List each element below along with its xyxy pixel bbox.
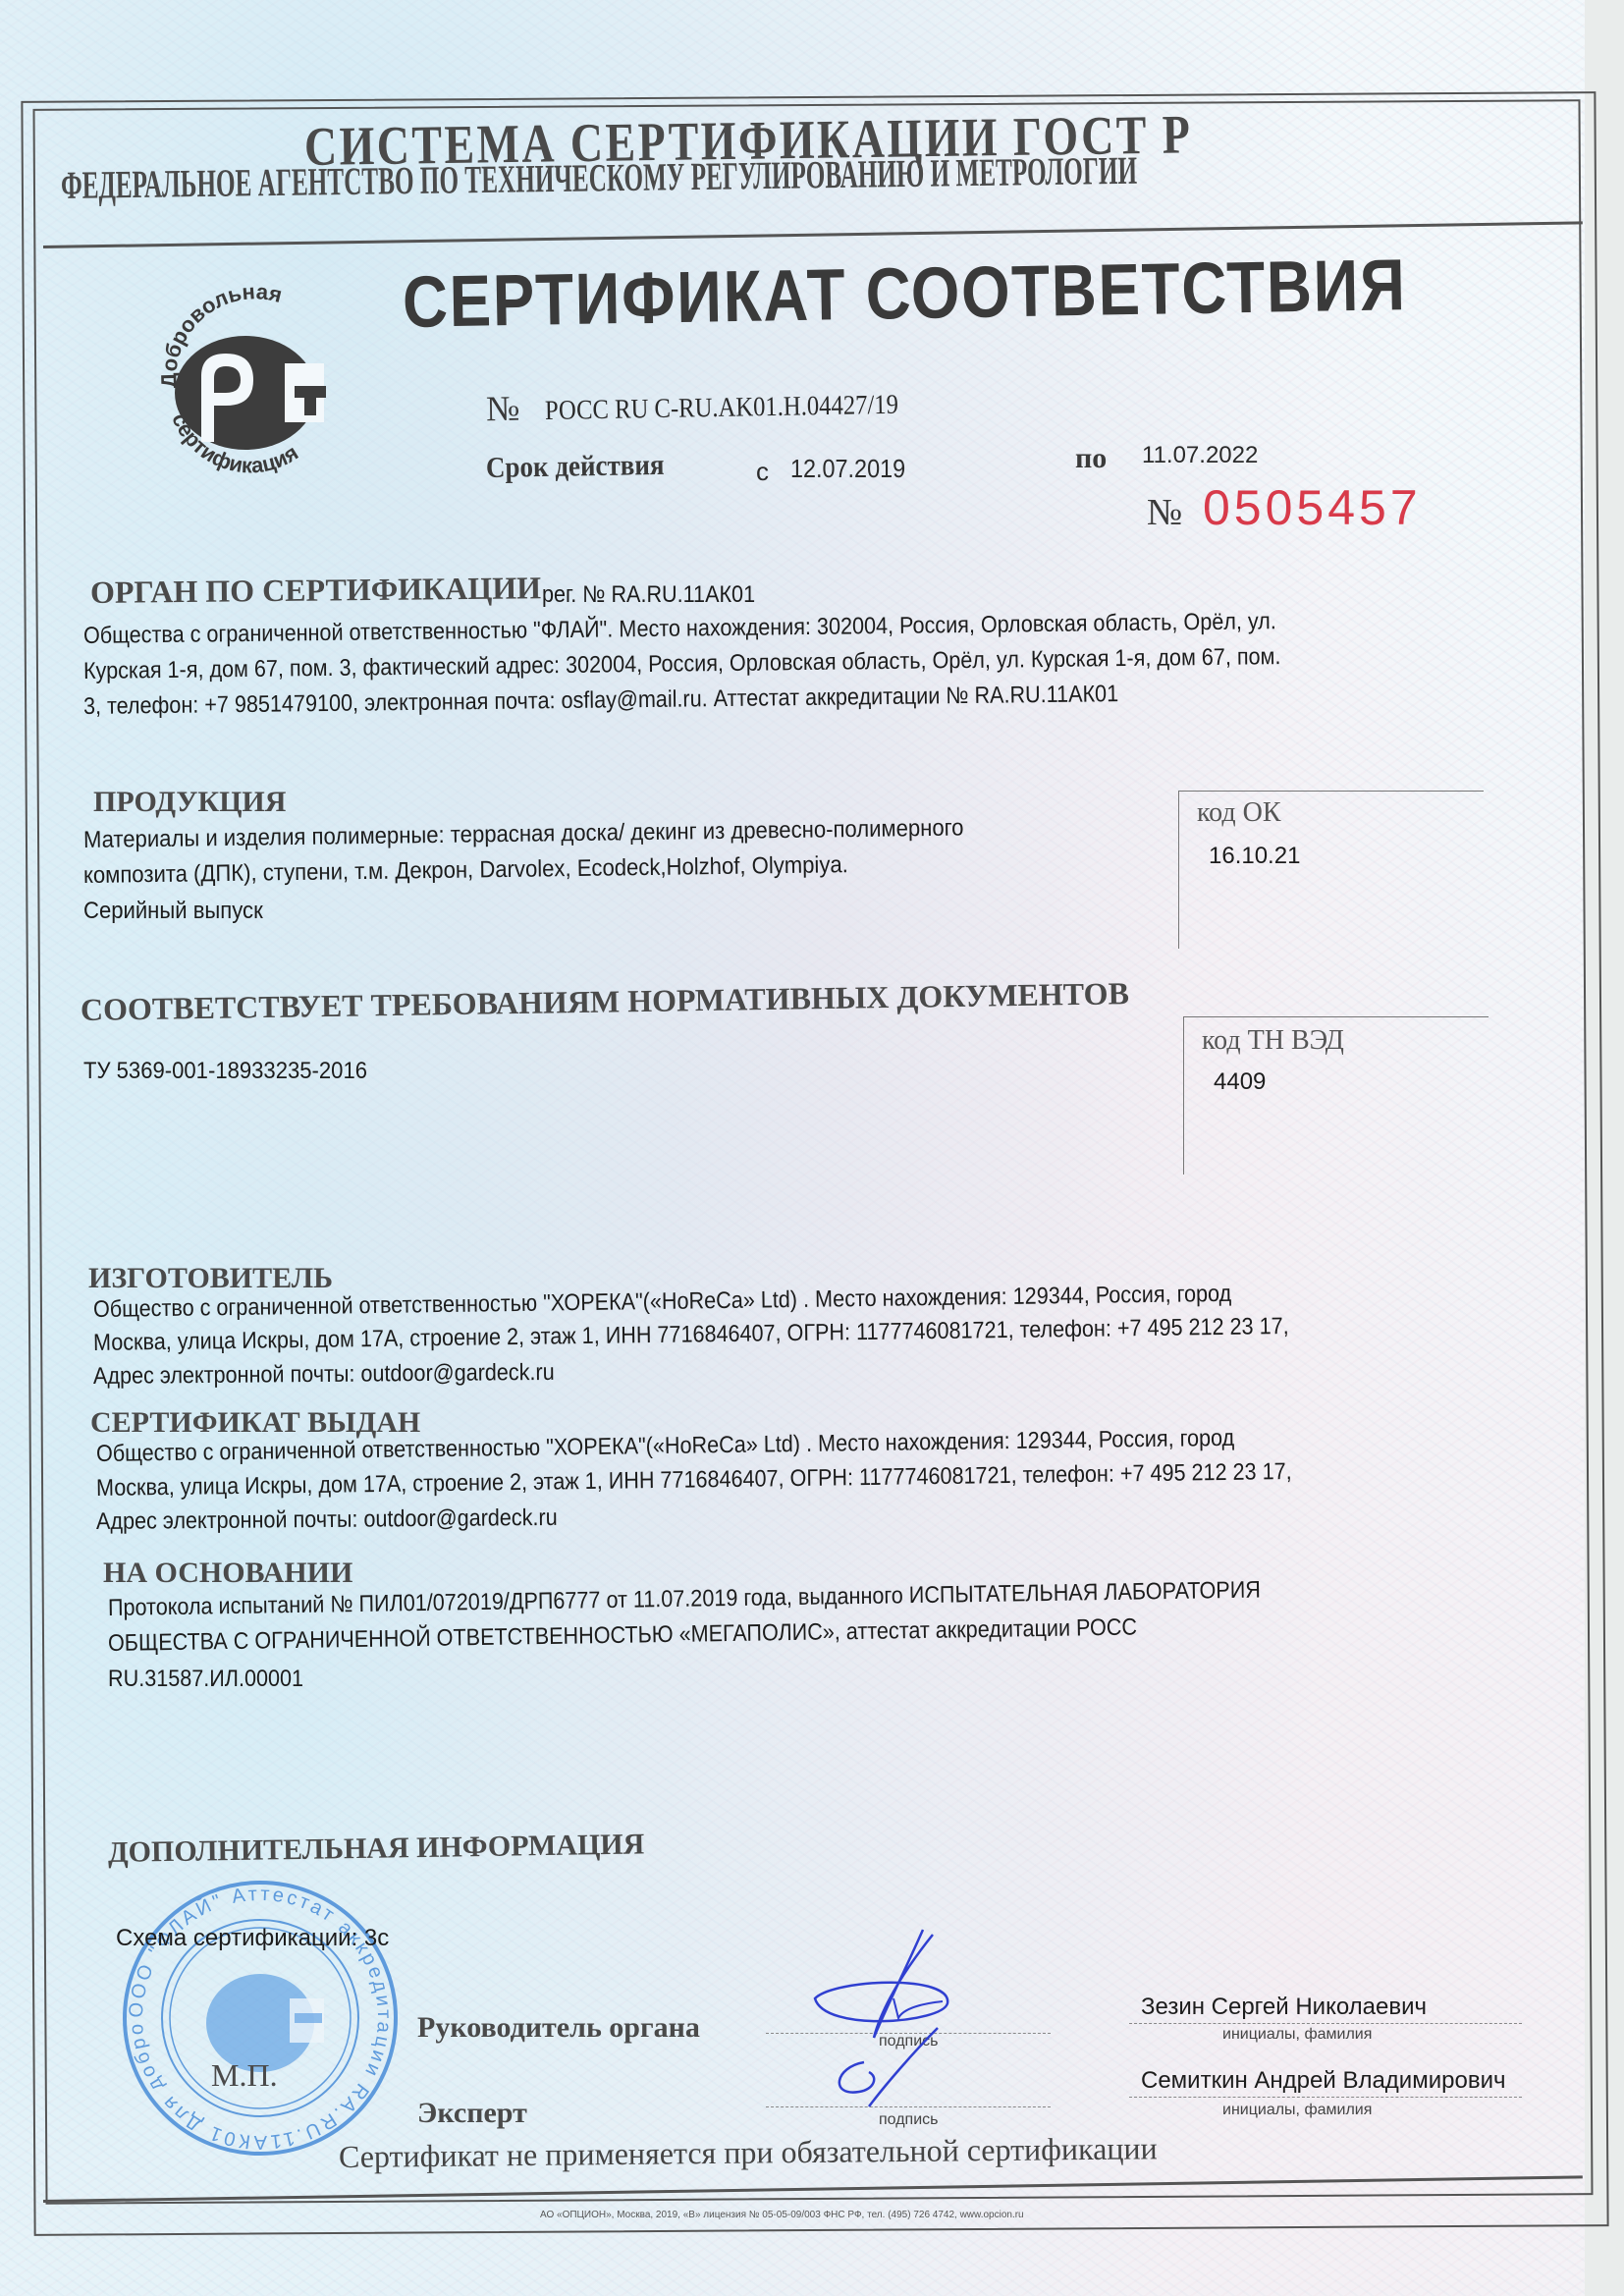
basis-line: RU.31587.ИЛ.00001 xyxy=(108,1664,303,1695)
head-name-line xyxy=(1129,2023,1522,2025)
certification-scheme: Схема сертификации: 3с xyxy=(116,1925,389,1952)
certificate-title: СЕРТИФИКАТ СООТВЕТСТВИЯ xyxy=(402,243,1407,344)
printer-info: АО «ОПЦИОН», Москва, 2019, «В» лицензия … xyxy=(540,2210,1024,2220)
ok-code-label: код ОК xyxy=(1197,797,1281,829)
head-name-caption: инициалы, фамилия xyxy=(1222,2026,1372,2044)
number-label: № xyxy=(486,388,520,430)
certificate-number: РОСС RU C-RU.AK01.H.04427/19 xyxy=(545,390,898,427)
expert-name: Семиткин Андрей Владимирович xyxy=(1141,2067,1505,2095)
head-label: Руководитель органа xyxy=(417,2011,700,2045)
valid-to-label: по xyxy=(1075,442,1107,475)
valid-from-prefix: с xyxy=(756,457,769,487)
serial-number: 0505457 xyxy=(1203,479,1422,536)
compliance-document: ТУ 5369-001-18933235-2016 xyxy=(83,1056,367,1087)
serial-label: № xyxy=(1147,491,1182,534)
tnved-code-box: код ТН ВЭД 4409 xyxy=(1183,1016,1489,1175)
issued-to-line: Адрес электронной почты: outdoor@gardeck… xyxy=(96,1503,558,1538)
head-name: Зезин Сергей Николаевич xyxy=(1141,1994,1427,2021)
ok-code-value: 16.10.21 xyxy=(1209,843,1300,870)
certification-body-heading: ОРГАН ПО СЕРТИФИКАЦИИ xyxy=(90,570,541,611)
rst-logo-icon: Добровольная сертификация xyxy=(147,280,353,486)
stamp-place-label: М.П. xyxy=(211,2057,278,2094)
valid-to: 11.07.2022 xyxy=(1142,442,1258,469)
manufacturer-heading: ИЗГОТОВИТЕЛЬ xyxy=(88,1262,333,1295)
tnved-code-label: код ТН ВЭД xyxy=(1202,1025,1344,1057)
expert-name-line xyxy=(1129,2097,1522,2099)
certification-body-reg: рег. № RA.RU.11АК01 xyxy=(542,581,755,609)
valid-from: 12.07.2019 xyxy=(790,454,905,484)
expert-name-caption: инициалы, фамилия xyxy=(1222,2102,1372,2119)
ok-code-box: код ОК 16.10.21 xyxy=(1178,791,1484,949)
manufacturer-line: Адрес электронной почты: outdoor@gardeck… xyxy=(93,1357,555,1393)
seal-stamp-icon: ООО "ФЛАЙ" Аттестат аккредитации RA.RU.1… xyxy=(118,1876,403,2160)
product-heading: ПРОДУКЦИЯ xyxy=(93,786,286,819)
basis-heading: НА ОСНОВАНИИ xyxy=(103,1557,352,1590)
tnved-code-value: 4409 xyxy=(1214,1068,1266,1096)
expert-label: Эксперт xyxy=(417,2097,527,2130)
product-line: Серийный выпуск xyxy=(83,896,263,927)
signature-scribble-icon xyxy=(776,1925,1011,2121)
validity-label: Срок действия xyxy=(486,449,665,485)
